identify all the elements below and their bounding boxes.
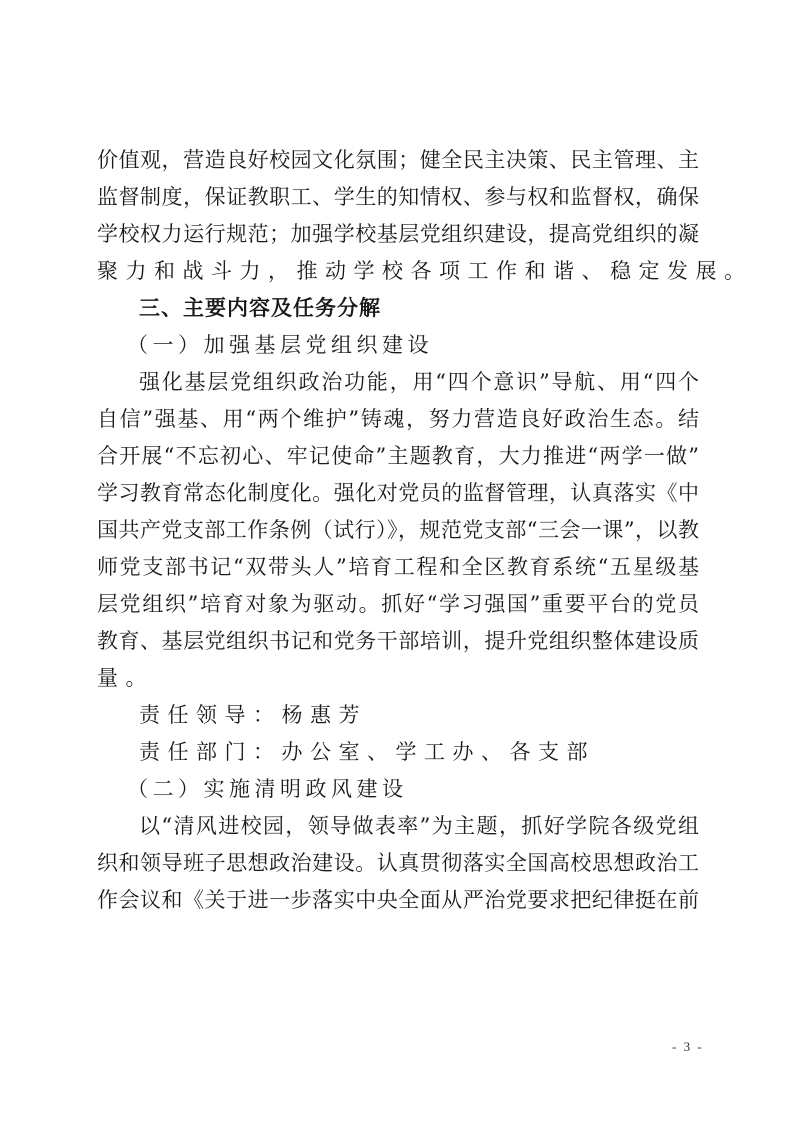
paragraph-line: 量。 xyxy=(97,660,699,697)
paragraph-line: 自信”强基、用“两个维护”铸魂，努力营造良好政治生态。结 xyxy=(97,401,699,438)
body-line-2: 监督制度，保证教职工、学生的知情权、参与权和监督权，确保 xyxy=(97,179,699,216)
paragraph-line: 学习教育常态化制度化。强化对党员的监督管理，认真落实《中 xyxy=(97,475,699,512)
subsection-heading-2: （二）实施清明政风建设 xyxy=(97,771,699,808)
section-heading: 三、主要内容及任务分解 xyxy=(97,290,699,327)
page-number: - 3 - xyxy=(672,1039,704,1055)
paragraph-line: 层党组织”培育对象为驱动。抓好“学习强国”重要平台的党员 xyxy=(97,586,699,623)
body-line-4: 聚力和战斗力，推动学校各项工作和谐、稳定发展。 xyxy=(97,253,699,290)
paragraph-line: 强化基层党组织政治功能，用“四个意识”导航、用“四个 xyxy=(97,364,699,401)
document-page: 价值观，营造良好校园文化氛围；健全民主决策、民主管理、主 监督制度，保证教职工、… xyxy=(97,142,699,919)
paragraph-line: 师党支部书记“双带头人”培育工程和全区教育系统“五星级基 xyxy=(97,549,699,586)
responsible-department: 责任部门：办公室、学工办、各支部 xyxy=(97,734,699,771)
paragraph-line: 以“清风进校园，领导做表率”为主题，抓好学院各级党组 xyxy=(97,808,699,845)
body-line-1: 价值观，营造良好校园文化氛围；健全民主决策、民主管理、主 xyxy=(97,142,699,179)
paragraph-line: 合开展“不忘初心、牢记使命”主题教育，大力推进“两学一做” xyxy=(97,438,699,475)
responsible-leader: 责任领导：杨惠芳 xyxy=(97,697,699,734)
body-line-3: 学校权力运行规范；加强学校基层党组织建设，提高党组织的凝 xyxy=(97,216,699,253)
subsection-heading-1: （一）加强基层党组织建设 xyxy=(97,327,699,364)
paragraph-line: 教育、基层党组织书记和党务干部培训，提升党组织整体建设质 xyxy=(97,623,699,660)
paragraph-line: 作会议和《关于进一步落实中央全面从严治党要求把纪律挺在前 xyxy=(97,882,699,919)
paragraph-line: 织和领导班子思想政治建设。认真贯彻落实全国高校思想政治工 xyxy=(97,845,699,882)
paragraph-line: 国共产党支部工作条例（试行）》，规范党支部“三会一课”，以教 xyxy=(97,512,699,549)
